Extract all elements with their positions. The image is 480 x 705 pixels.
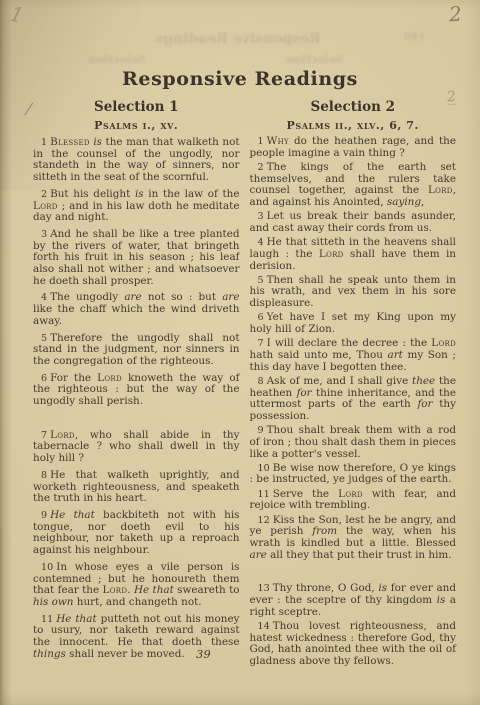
selection-1-heading: Selection 1 (33, 99, 240, 115)
column-selection-2: Selection 2 Psalms ii., xlv., 6, 7. 1Why… (250, 99, 457, 668)
pencil-mark-top-right: 2 (448, 2, 462, 27)
pencil-mark-left-margin: / (25, 99, 32, 118)
verse: 3Let us break their bands asunder, and c… (250, 211, 457, 234)
verse: 6Yet have I set my King upon my holy hil… (250, 312, 457, 335)
selection-1-psalm-reference: Psalms i., xv. (33, 119, 240, 132)
verse-number: 6 (258, 312, 264, 323)
showthrough-text: (40 (404, 30, 425, 43)
verse-number: 9 (258, 425, 264, 436)
verse-number: 14 (258, 621, 270, 632)
showthrough-text: Selection (88, 53, 145, 66)
verse: 2But his delight is in the law of the Lo… (33, 189, 240, 224)
verse-number: 11 (41, 614, 53, 625)
showthrough-text: Selection (286, 53, 343, 66)
verse-number: 8 (258, 376, 264, 387)
verse-number: 3 (258, 211, 264, 222)
selection-2-psalm-reference: Psalms ii., xlv., 6, 7. (250, 119, 457, 132)
scanned-book-page: Responsive Readings Selection Selection … (0, 0, 480, 705)
verse-number: 10 (41, 562, 53, 573)
verse-number: 4 (41, 292, 47, 303)
verse-number: 13 (258, 583, 270, 594)
showthrough-title: Responsive Readings (150, 31, 326, 47)
verse-number: 2 (41, 189, 47, 200)
verse: 1Blessed is the man that walketh not in … (33, 137, 240, 184)
verse-number: 4 (258, 237, 264, 248)
verse: 14Thou lovest righteousness, and hatest … (250, 621, 457, 668)
verse: 6For the Lord knoweth the way of the rig… (33, 373, 240, 408)
verse-number: 11 (258, 489, 270, 500)
verse: 5Therefore the ungodly shall not stand i… (33, 333, 240, 368)
verse-number: 2 (258, 162, 264, 173)
verse: 7Lord, who shall abide in thy tabernacle… (33, 430, 240, 465)
verse-number: 9 (41, 510, 47, 521)
verse: 4The ungodly are not so : but are like t… (33, 292, 240, 327)
verse: 9Thou shalt break them with a rod of iro… (250, 425, 457, 460)
verse-number: 3 (41, 229, 47, 240)
verse: 5Then shall he speak unto them in his wr… (250, 275, 457, 310)
verse: 11Serve the Lord with fear, and rejoice … (250, 489, 457, 512)
verse-number: 10 (258, 463, 270, 474)
verse: 2The kings of the earth set themselves, … (250, 162, 457, 209)
two-column-text: Selection 1 Psalms i., xv. 1Blessed is t… (33, 99, 456, 668)
pencil-mark-selection2: 2 (446, 90, 456, 106)
verse-number: 1 (41, 137, 47, 148)
verse: 4He that sitteth in the heavens shall la… (250, 237, 457, 272)
selection-2-verses: 1Why do the heathen rage, and the people… (250, 136, 457, 668)
verse: 8Ask of me, and I shall give thee the he… (250, 376, 457, 423)
verse-number: 5 (258, 275, 264, 286)
verse-number: 12 (258, 515, 270, 526)
verse: 3And he shall be like a tree planted by … (33, 229, 240, 288)
verse: 7I will declare the decree : the Lord ha… (250, 338, 457, 373)
verse-number: 7 (258, 338, 264, 349)
selection-2-heading: Selection 2 (250, 99, 457, 115)
verse: 10Be wise now therefore, O ye kings : be… (250, 463, 457, 486)
verse: 1Why do the heathen rage, and the people… (250, 136, 457, 159)
verse: 10In whose eyes a vile person is contemn… (33, 562, 240, 609)
verse: 13Thy throne, O God, is for ever and eve… (250, 583, 457, 618)
verse-number: 5 (41, 333, 47, 344)
page-number: 39 (196, 647, 211, 661)
verse-number: 6 (41, 373, 47, 384)
column-selection-1: Selection 1 Psalms i., xv. 1Blessed is t… (33, 99, 240, 668)
verse: 8He that walketh uprightly, and worketh … (33, 470, 240, 505)
selection-1-verses: 1Blessed is the man that walketh not in … (33, 137, 240, 660)
verse: 9He that backbiteth not with his tongue,… (33, 510, 240, 557)
verse: 12Kiss the Son, lest he be angry, and ye… (250, 515, 457, 562)
verse-number: 1 (258, 136, 264, 147)
verse-number: 8 (41, 470, 47, 481)
verse-number: 7 (41, 430, 47, 441)
